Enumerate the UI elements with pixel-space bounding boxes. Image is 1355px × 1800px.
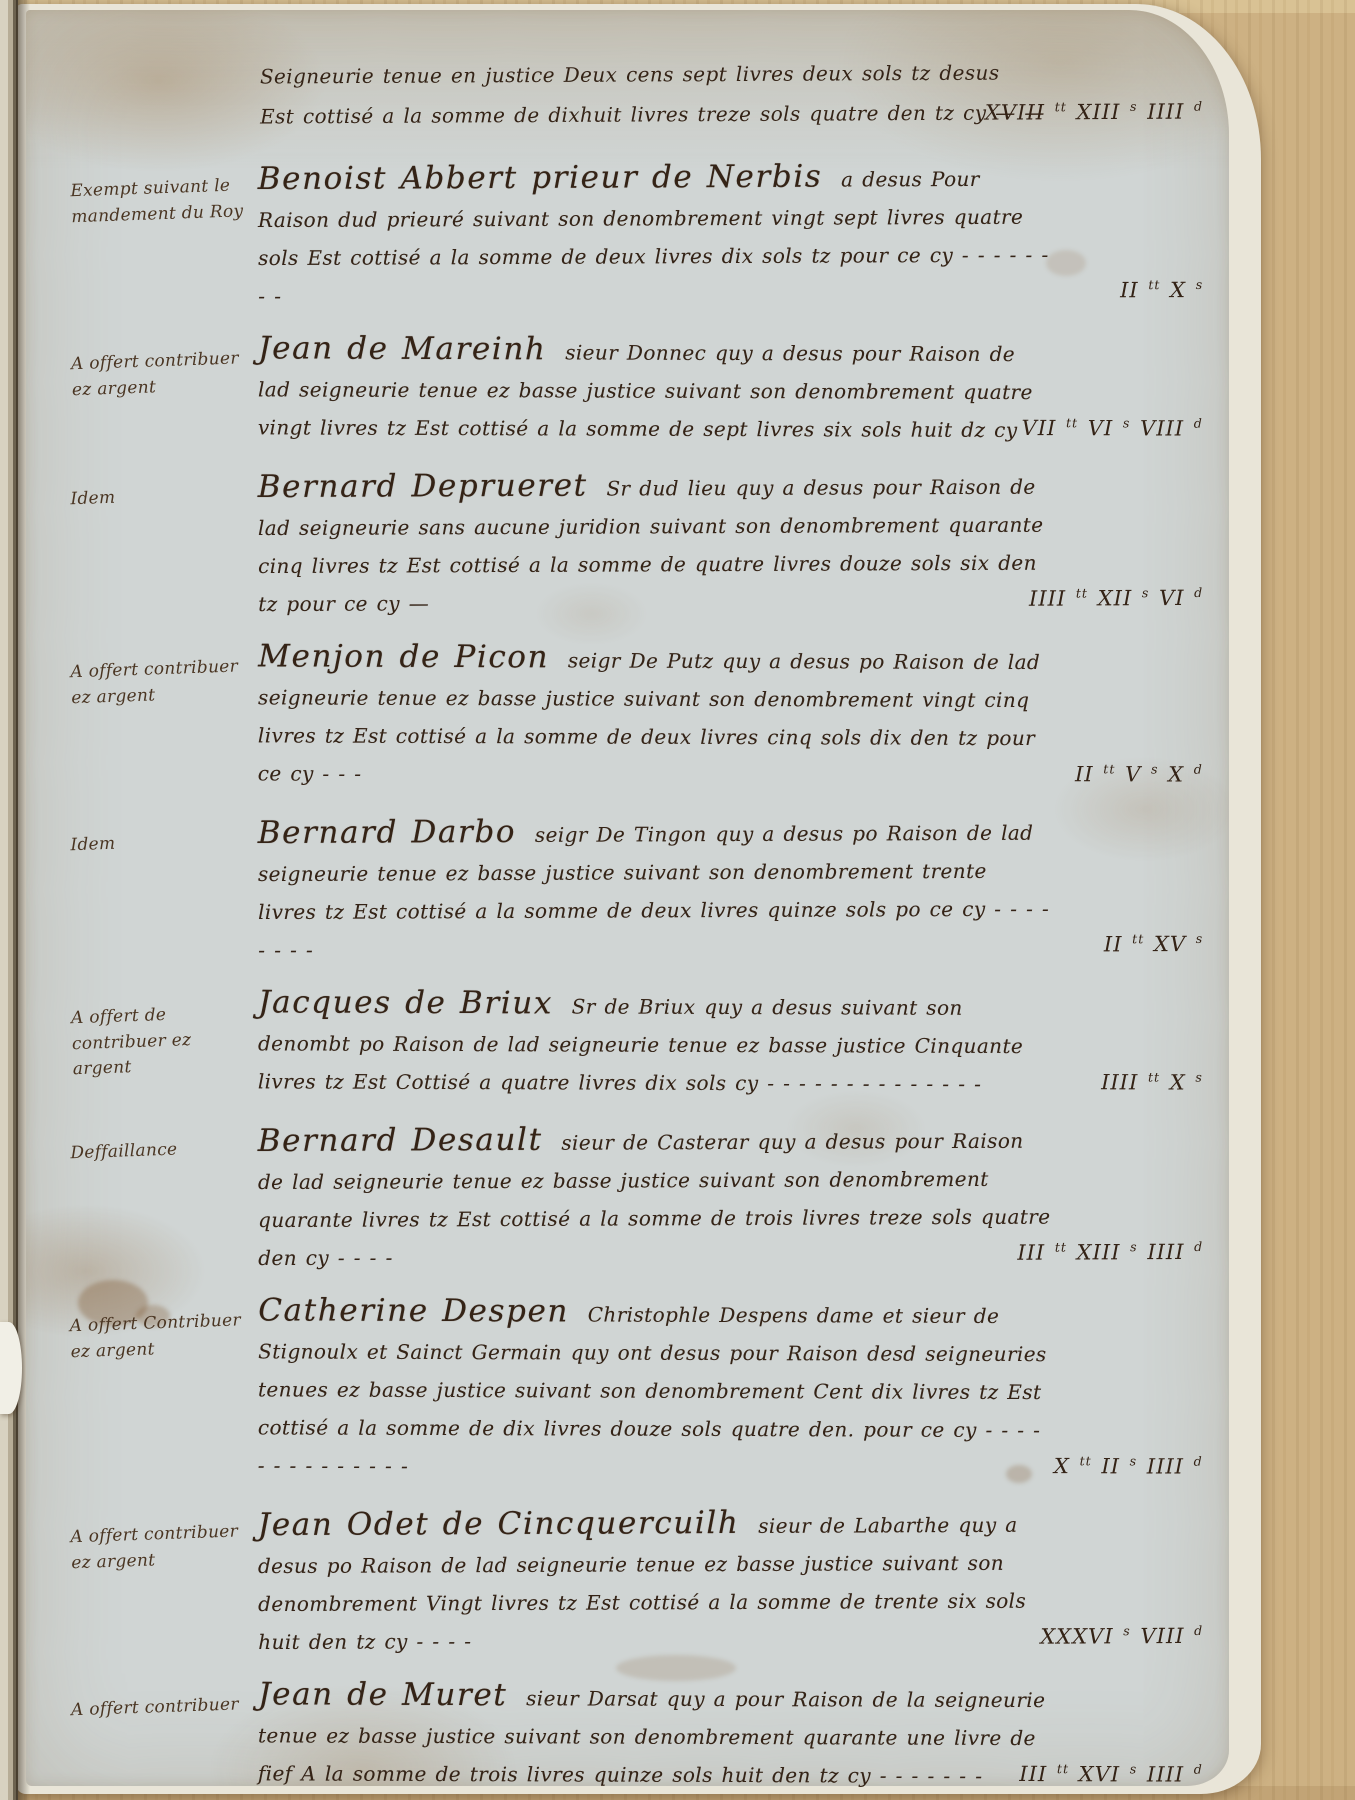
tax-entry: A offert contribuer ez argent Menjon de … (72, 639, 1203, 794)
entry-holder-name: Jean de Muret (258, 1676, 507, 1713)
assessment-amount: II tt XV s (1104, 925, 1204, 963)
entry-text: Benoist Abbert prieur de Nerbis a desus … (258, 156, 1204, 315)
page-content: Seigneurie tenue en justice Deux cens se… (26, 10, 1229, 1786)
assessment-amount: IIII tt X s (1101, 1063, 1203, 1101)
entry-text: Jacques de Briux Sr de Briux quy a desus… (258, 983, 1203, 1103)
assessment-amount: XVIII tt XIII s IIII d (985, 92, 1203, 133)
entry-text: Jean de Muret sieur Darsat quy a pour Ra… (258, 1675, 1203, 1795)
entry-holder-name: Bernard Deprueret (258, 468, 588, 505)
margin-note: A offert contribuer ez argent (69, 1501, 260, 1662)
tax-entry: A offert de contribuer ez argent Jacques… (72, 985, 1203, 1102)
entry-text: Bernard Desault sieur de Casterar quy a … (258, 1118, 1204, 1277)
margin-note: Exempt suivant le mandement du Roy (69, 155, 260, 316)
tax-entry: A offert contribuer Jean de Muret sieur … (72, 1677, 1203, 1794)
assessment-amount: IIII tt XII s VI d (1029, 579, 1203, 618)
manuscript-page: Seigneurie tenue en justice Deux cens se… (26, 10, 1229, 1786)
tax-entry: Deffaillance Bernard Desault sieur de Ca… (72, 1120, 1203, 1275)
margin-note: A offert de contribuer ez argent (70, 982, 260, 1105)
entry-holder-name: Jean de Mareinh (258, 330, 546, 367)
entry-list: Exempt suivant le mandement du Roy Benoi… (72, 158, 1203, 1794)
margin-note: Idem (69, 809, 260, 970)
margin-note: Deffaillance (69, 1117, 260, 1278)
tax-entry: A offert contribuer ez argent Jean de Ma… (72, 331, 1203, 448)
continuation-line: Seigneurie tenue en justice Deux cens se… (260, 52, 1053, 96)
continuation-line: Est cottisé a la somme de dixhuit livres… (260, 92, 1053, 136)
entry-holder-name: Jean Odet de Cincquercuilh (258, 1505, 740, 1543)
tax-entry: Exempt suivant le mandement du Roy Benoi… (72, 158, 1203, 313)
assessment-amount: II tt V s X d (1075, 755, 1203, 793)
assessment-amount: XXXVI s VIII d (1040, 1617, 1203, 1656)
tax-entry: A offert contribuer ez argent Jean Odet … (72, 1504, 1203, 1659)
entry-body: Christophle Despens dame et sieur de Sti… (258, 1302, 1047, 1477)
entry-text: Bernard Darbo seigr De Tingon quy a desu… (258, 810, 1204, 969)
entry-holder-name: Catherine Despen (258, 1292, 569, 1329)
entry-continuation: Seigneurie tenue en justice Deux cens se… (260, 52, 1203, 137)
entry-holder-name: Jacques de Briux (258, 984, 553, 1021)
entry-holder-name: Benoist Abbert prieur de Nerbis (258, 159, 823, 197)
margin-note: A offert contribuer ez argent (70, 328, 260, 451)
assessment-amount: III tt XVI s IIII d (1019, 1755, 1203, 1794)
entry-text: Menjon de Picon seigr De Putz quy a desu… (258, 637, 1204, 795)
entry-holder-name: Bernard Darbo (258, 814, 517, 851)
margin-note: A offert contribuer ez argent (69, 636, 260, 797)
assessment-amount: II tt X s (1120, 271, 1203, 309)
manuscript-scan: Seigneurie tenue en justice Deux cens se… (0, 0, 1355, 1800)
assessment-amount: X tt II s IIII d (1054, 1447, 1203, 1486)
entry-text: Jean de Mareinh sieur Donnec quy a desus… (258, 329, 1203, 449)
entry-text: Bernard Deprueret Sr dud lieu quy a desu… (258, 464, 1204, 623)
margin-note: A offert contribuer (70, 1674, 260, 1797)
assessment-amount: III tt XIII s IIII d (1017, 1233, 1203, 1272)
entry-holder-name: Bernard Desault (258, 1122, 543, 1159)
entry-text: Catherine Despen Christophle Despens dam… (258, 1291, 1204, 1487)
margin-note: A offert Contribuer ez argent (69, 1290, 262, 1489)
tax-entry: Idem Bernard Deprueret Sr dud lieu quy a… (72, 466, 1203, 621)
tax-entry: A offert Contribuer ez argent Catherine … (72, 1293, 1203, 1486)
entry-holder-name: Menjon de Picon (258, 638, 549, 675)
entry-text: Jean Odet de Cincquercuilh sieur de Laba… (258, 1502, 1204, 1661)
tax-entry: Idem Bernard Darbo seigr De Tingon quy a… (72, 812, 1203, 967)
assessment-amount: VII tt VI s VIII d (1021, 409, 1202, 448)
margin-note: Idem (69, 463, 260, 624)
